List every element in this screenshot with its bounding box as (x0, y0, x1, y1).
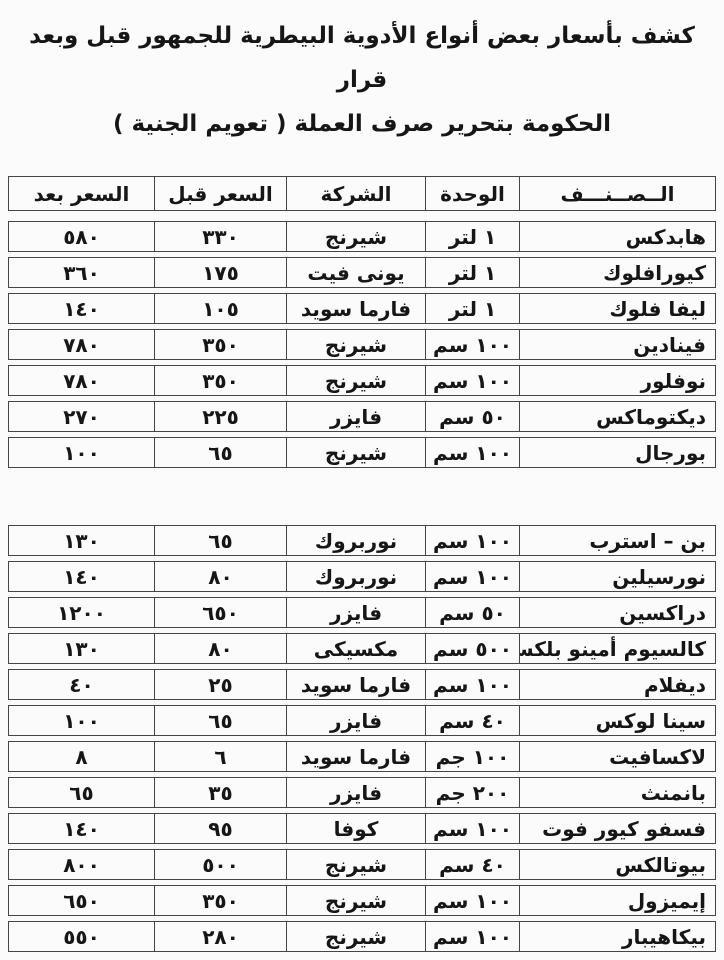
unit-value: ١ لتر (449, 297, 496, 321)
price-after-cell: ٧٨٠ (9, 366, 154, 395)
company-cell: شيرنج (286, 330, 425, 359)
unit-value: ١٠٠ سم (433, 889, 512, 913)
price-before-cell: ١٧٥ (154, 258, 286, 287)
price-before-cell: ١٠٥ (154, 294, 286, 323)
unit-value: ٥٠ سم (439, 601, 506, 625)
table-row: هابدكس ١ لتر شيرنج ٣٣٠ ٥٨٠ (8, 221, 716, 252)
price-before-cell: ٢٥ (154, 670, 286, 699)
company-cell: شيرنج (286, 850, 425, 879)
table-row: ديكتوماكس ٥٠ سم فايزر ٢٢٥ ٢٧٠ (8, 401, 716, 432)
price-after-cell: ١٢٠٠ (9, 598, 154, 627)
unit-value: ١ لتر (449, 261, 496, 285)
unit-value: ٥٠٠ سم (433, 637, 512, 661)
item-cell: بورجال (519, 438, 715, 467)
unit-value: ١٠٠ سم (433, 565, 512, 589)
title-line-2: الحكومة بتحرير صرف العملة ( تعويم الجنية… (8, 102, 716, 146)
unit-cell: ١٠٠ سم (425, 814, 519, 843)
unit-cell: ١ لتر (425, 258, 519, 287)
company-cell: فايزر (286, 706, 425, 735)
price-before-cell: ٦٥ (154, 526, 286, 555)
item-cell: كالسيوم أمينو بلكس (519, 634, 715, 663)
table-row: إيميزول ١٠٠ سم شيرنج ٣٥٠ ٦٥٠ (8, 885, 716, 916)
header-unit-column: الوحدة (425, 177, 519, 210)
unit-cell: ٥٠ سم (425, 402, 519, 431)
table-row: ليفا فلوك ١ لتر فارما سويد ١٠٥ ١٤٠ (8, 293, 716, 324)
item-cell: ديفلام (519, 670, 715, 699)
price-table-1: هابدكس ١ لتر شيرنج ٣٣٠ ٥٨٠ كيورافلوك ١ ل… (8, 221, 716, 468)
unit-cell: ٢٠٠ جم (425, 778, 519, 807)
price-after-cell: ٥٨٠ (9, 222, 154, 251)
unit-cell: ١٠٠ سم (425, 562, 519, 591)
price-after-cell: ١٤٠ (9, 814, 154, 843)
title-line-1: كشف بأسعار بعض أنواع الأدوية البيطرية لل… (8, 14, 716, 102)
table-row: فينادين ١٠٠ سم شيرنج ٣٥٠ ٧٨٠ (8, 329, 716, 360)
unit-cell: ١٠٠ سم (425, 438, 519, 467)
unit-value: ٢٠٠ جم (436, 781, 510, 805)
item-cell: سينا لوكس (519, 706, 715, 735)
company-cell: شيرنج (286, 438, 425, 467)
header-price-before-column: السعر قبل (154, 177, 286, 210)
item-cell: نوفلور (519, 366, 715, 395)
unit-value: ١ لتر (449, 225, 496, 249)
company-cell: مكسيكى (286, 634, 425, 663)
unit-value: ١٠٠ سم (433, 529, 512, 553)
price-before-cell: ٣٥ (154, 778, 286, 807)
price-after-cell: ١٣٠ (9, 634, 154, 663)
document-title: كشف بأسعار بعض أنواع الأدوية البيطرية لل… (8, 14, 716, 146)
price-before-cell: ٢٨٠ (154, 922, 286, 951)
table-row: نوفلور ١٠٠ سم شيرنج ٣٥٠ ٧٨٠ (8, 365, 716, 396)
company-cell: فارما سويد (286, 670, 425, 699)
company-cell: نوربروك (286, 562, 425, 591)
table-row: كيورافلوك ١ لتر يونى فيت ١٧٥ ٣٦٠ (8, 257, 716, 288)
header-company-column: الشركة (286, 177, 425, 210)
item-cell: ليفا فلوك (519, 294, 715, 323)
price-before-cell: ٦٥ (154, 438, 286, 467)
item-cell: بيوتالكس (519, 850, 715, 879)
table-row: بانمنث ٢٠٠ جم فايزر ٣٥ ٦٥ (8, 777, 716, 808)
table-row: بيكاهيبار ١٠٠ سم شيرنج ٢٨٠ ٥٥٠ (8, 921, 716, 952)
table-row: بن – استرب ١٠٠ سم نوربروك ٦٥ ١٣٠ (8, 525, 716, 556)
price-after-cell: ١٣٠ (9, 526, 154, 555)
unit-cell: ٤٠ سم (425, 850, 519, 879)
table-row: فسفو كيور فوت ١٠٠ سم كوفا ٩٥ ١٤٠ (8, 813, 716, 844)
price-after-cell: ٤٠ (9, 670, 154, 699)
header-price-after-column: السعر بعد (9, 177, 154, 210)
table-row: ديفلام ١٠٠ سم فارما سويد ٢٥ ٤٠ (8, 669, 716, 700)
price-after-cell: ١٠٠ (9, 706, 154, 735)
company-cell: كوفا (286, 814, 425, 843)
price-after-cell: ١٠٠ (9, 438, 154, 467)
unit-value: ١٠٠ سم (433, 333, 512, 357)
item-cell: بن – استرب (519, 526, 715, 555)
price-after-cell: ٦٥٠ (9, 886, 154, 915)
unit-value: ٤٠ سم (439, 853, 506, 877)
price-before-cell: ٣٥٠ (154, 330, 286, 359)
item-cell: دراكسين (519, 598, 715, 627)
price-after-cell: ٦٥ (9, 778, 154, 807)
table-row: دراكسين ٥٠ سم فايزر ٦٥٠ ١٢٠٠ (8, 597, 716, 628)
table-row: لاكسافيت ١٠٠ جم فارما سويد ٦ ٨ (8, 741, 716, 772)
company-cell: شيرنج (286, 886, 425, 915)
item-cell: هابدكس (519, 222, 715, 251)
unit-value: ١٠٠ سم (433, 673, 512, 697)
table-row: نورسيلين ١٠٠ سم نوربروك ٨٠ ١٤٠ (8, 561, 716, 592)
price-before-cell: ٣٥٠ (154, 886, 286, 915)
company-cell: فارما سويد (286, 294, 425, 323)
unit-cell: ١٠٠ سم (425, 366, 519, 395)
company-cell: يونى فيت (286, 258, 425, 287)
company-cell: نوربروك (286, 526, 425, 555)
document-page: كشف بأسعار بعض أنواع الأدوية البيطرية لل… (0, 0, 724, 960)
price-after-cell: ١٤٠ (9, 294, 154, 323)
unit-cell: ٥٠ سم (425, 598, 519, 627)
table-header-row: الــصــنـــف الوحدة الشركة السعر قبل الس… (8, 176, 716, 211)
unit-value: ١٠٠ سم (433, 925, 512, 949)
item-cell: لاكسافيت (519, 742, 715, 771)
unit-value: ١٠٠ سم (433, 441, 512, 465)
price-after-cell: ٨ (9, 742, 154, 771)
price-after-cell: ٢٧٠ (9, 402, 154, 431)
unit-value: ٤٠ سم (439, 709, 506, 733)
item-cell: بانمنث (519, 778, 715, 807)
unit-cell: ١٠٠ جم (425, 742, 519, 771)
price-before-cell: ٨٠ (154, 562, 286, 591)
price-after-cell: ٧٨٠ (9, 330, 154, 359)
price-after-cell: ٣٦٠ (9, 258, 154, 287)
unit-cell: ١٠٠ سم (425, 922, 519, 951)
price-before-cell: ٣٣٠ (154, 222, 286, 251)
item-cell: فسفو كيور فوت (519, 814, 715, 843)
price-before-cell: ٨٠ (154, 634, 286, 663)
unit-cell: ١ لتر (425, 294, 519, 323)
company-cell: فارما سويد (286, 742, 425, 771)
unit-value: ١٠٠ سم (433, 369, 512, 393)
unit-cell: ١٠٠ سم (425, 670, 519, 699)
price-before-cell: ٩٥ (154, 814, 286, 843)
table-row: بيوتالكس ٤٠ سم شيرنج ٥٠٠ ٨٠٠ (8, 849, 716, 880)
price-table-2: بن – استرب ١٠٠ سم نوربروك ٦٥ ١٣٠ نورسيلي… (8, 525, 716, 952)
table-row: بورجال ١٠٠ سم شيرنج ٦٥ ١٠٠ (8, 437, 716, 468)
unit-cell: ٥٠٠ سم (425, 634, 519, 663)
unit-value: ١٠٠ سم (433, 817, 512, 841)
company-cell: فايزر (286, 778, 425, 807)
unit-value: ١٠٠ جم (436, 745, 510, 769)
company-cell: فايزر (286, 598, 425, 627)
item-cell: ديكتوماكس (519, 402, 715, 431)
price-before-cell: ٦٥ (154, 706, 286, 735)
item-cell: بيكاهيبار (519, 922, 715, 951)
unit-cell: ١٠٠ سم (425, 330, 519, 359)
company-cell: شيرنج (286, 922, 425, 951)
price-before-cell: ٢٢٥ (154, 402, 286, 431)
table-row: كالسيوم أمينو بلكس ٥٠٠ سم مكسيكى ٨٠ ١٣٠ (8, 633, 716, 664)
item-cell: إيميزول (519, 886, 715, 915)
item-cell: فينادين (519, 330, 715, 359)
company-cell: شيرنج (286, 366, 425, 395)
between-tables-gap (8, 473, 716, 525)
price-before-cell: ٦ (154, 742, 286, 771)
company-cell: فايزر (286, 402, 425, 431)
unit-cell: ١ لتر (425, 222, 519, 251)
price-after-cell: ٥٥٠ (9, 922, 154, 951)
header-item-column: الــصــنـــف (519, 177, 715, 210)
item-cell: كيورافلوك (519, 258, 715, 287)
price-before-cell: ٥٠٠ (154, 850, 286, 879)
price-before-cell: ٦٥٠ (154, 598, 286, 627)
unit-cell: ١٠٠ سم (425, 526, 519, 555)
price-after-cell: ٨٠٠ (9, 850, 154, 879)
unit-cell: ١٠٠ سم (425, 886, 519, 915)
item-cell: نورسيلين (519, 562, 715, 591)
price-before-cell: ٣٥٠ (154, 366, 286, 395)
unit-cell: ٤٠ سم (425, 706, 519, 735)
table-row: سينا لوكس ٤٠ سم فايزر ٦٥ ١٠٠ (8, 705, 716, 736)
unit-value: ٥٠ سم (439, 405, 506, 429)
company-cell: شيرنج (286, 222, 425, 251)
price-after-cell: ١٤٠ (9, 562, 154, 591)
